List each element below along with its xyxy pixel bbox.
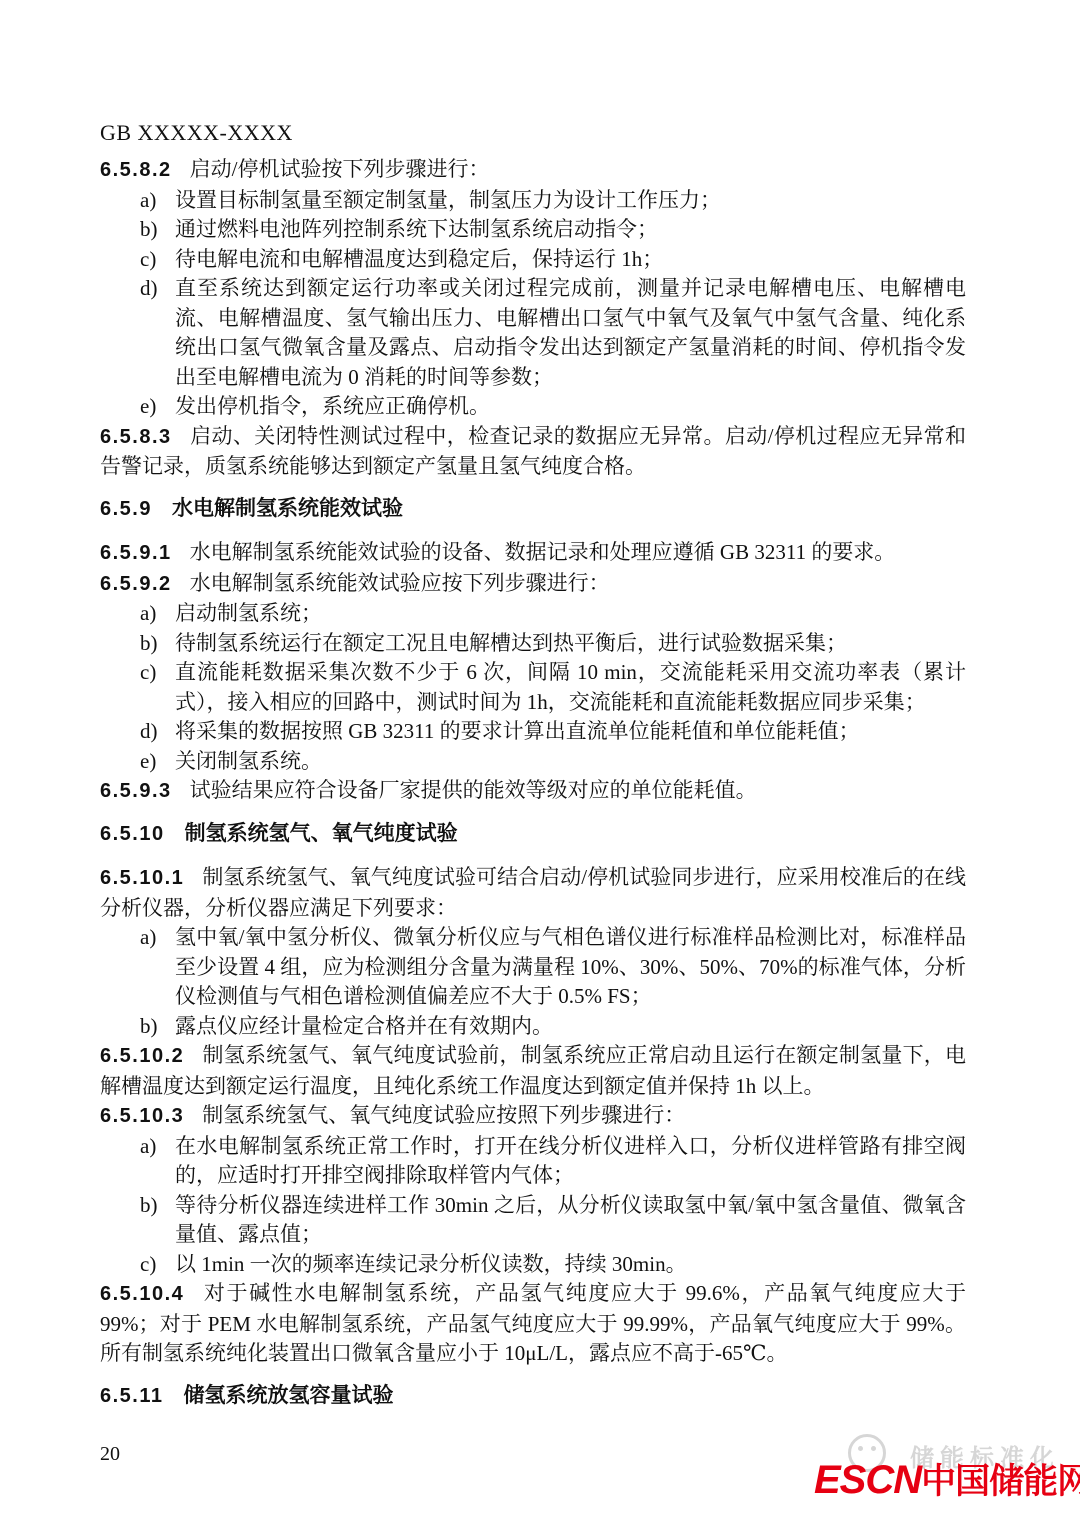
paragraph-text: 启动/停机试验按下列步骤进行： bbox=[190, 157, 490, 181]
paragraph-text: 直至系统达到额定运行功率或关闭过程完成前，测量并记录电解槽电压、电解槽电流、电解… bbox=[175, 276, 966, 389]
escn-logo: ESCN中国储能网 bbox=[814, 1454, 1080, 1504]
paragraph-text: 氢中氧/氧中氢分析仪、微氧分析仪应与气相色谱仪进行标准样品检测比对，标准样品至少… bbox=[175, 925, 966, 1008]
paragraph-text: 水电解制氢系统能效试验的设备、数据记录和处理应遵循 GB 32311 的要求。 bbox=[190, 540, 896, 564]
paragraph-text: 水电解制氢系统能效试验应按下列步骤进行： bbox=[190, 571, 610, 595]
paragraph-text: 对于碱性水电解制氢系统，产品氢气纯度应大于 99.6%，产品氧气纯度应大于 99… bbox=[100, 1281, 966, 1365]
clause-paragraph: 6.5.10.4对于碱性水电解制氢系统，产品氢气纯度应大于 99.6%，产品氧气… bbox=[100, 1279, 966, 1369]
paragraph-text: 将采集的数据按照 GB 32311 的要求计算出直流单位能耗值和单位能耗值； bbox=[175, 719, 860, 743]
document-page: GB XXXXX-XXXX 6.5.8.2启动/停机试验按下列步骤进行：a)设置… bbox=[0, 0, 1080, 1528]
section-heading: 6.5.11储氢系统放氢容量试验 bbox=[100, 1381, 966, 1412]
section-heading: 6.5.10制氢系统氢气、氧气纯度试验 bbox=[100, 819, 966, 850]
paragraph-text: 在水电解制氢系统正常工作时，打开在线分析仪进样入口，分析仪进样管路有排空阀的，应… bbox=[175, 1134, 966, 1188]
clause-number: 6.5.9.1 bbox=[100, 542, 172, 564]
list-item-label: b) bbox=[140, 1012, 158, 1042]
paragraph-text: 启动、关闭特性测试过程中，检查记录的数据应无异常。启动/停机过程应无异常和告警记… bbox=[100, 424, 966, 479]
clause-paragraph: 6.5.10.1制氢系统氢气、氧气纯度试验可结合启动/停机试验同步进行，应采用校… bbox=[100, 863, 966, 923]
clause-number: 6.5.9.3 bbox=[100, 780, 172, 802]
list-item: a)氢中氧/氧中氢分析仪、微氧分析仪应与气相色谱仪进行标准样品检测比对，标准样品… bbox=[100, 923, 966, 1012]
list-item-label: d) bbox=[140, 274, 158, 304]
list-item: c)直流能耗数据采集次数不少于 6 次，间隔 10 min，交流能耗采用交流功率… bbox=[100, 658, 966, 717]
list-item: e)关闭制氢系统。 bbox=[100, 747, 966, 777]
list-item-label: c) bbox=[140, 658, 156, 688]
clause-paragraph: 6.5.9.3试验结果应符合设备厂家提供的能效等级对应的单位能耗值。 bbox=[100, 776, 966, 807]
list-item: d)将采集的数据按照 GB 32311 的要求计算出直流单位能耗值和单位能耗值； bbox=[100, 717, 966, 747]
page-content: GB XXXXX-XXXX 6.5.8.2启动/停机试验按下列步骤进行：a)设置… bbox=[100, 118, 966, 1466]
list-item-label: a) bbox=[140, 923, 156, 953]
paragraph-text: 发出停机指令，系统应正确停机。 bbox=[175, 394, 490, 418]
list-item: b)通过燃料电池阵列控制系统下达制氢系统启动指令； bbox=[100, 215, 966, 245]
paragraph-text: 制氢系统氢气、氧气纯度试验 bbox=[185, 822, 458, 845]
clause-paragraph: 6.5.8.2启动/停机试验按下列步骤进行： bbox=[100, 155, 966, 186]
escn-logo-chinese: 中国储能网 bbox=[921, 1462, 1080, 1501]
list-item-label: e) bbox=[140, 392, 156, 422]
clause-number: 6.5.9.2 bbox=[100, 573, 172, 595]
standard-number-header: GB XXXXX-XXXX bbox=[100, 118, 966, 147]
clause-paragraph: 6.5.9.2水电解制氢系统能效试验应按下列步骤进行： bbox=[100, 569, 966, 600]
paragraph-text: 关闭制氢系统。 bbox=[175, 749, 322, 773]
clause-number: 6.5.11 bbox=[100, 1385, 164, 1407]
clause-number: 6.5.10 bbox=[100, 823, 165, 845]
escn-brand-mark: 储能标准化 ESCN中国储能网 bbox=[814, 1442, 1074, 1512]
list-item: d)直至系统达到额定运行功率或关闭过程完成前，测量并记录电解槽电压、电解槽电流、… bbox=[100, 274, 966, 392]
list-item: b)等待分析仪器连续进样工作 30min 之后，从分析仪读取氢中氧/氧中氢含量值… bbox=[100, 1191, 966, 1250]
list-item-label: a) bbox=[140, 1132, 156, 1162]
paragraph-text: 制氢系统氢气、氧气纯度试验前，制氢系统应正常启动且运行在额定制氢量下，电解槽温度… bbox=[100, 1043, 966, 1098]
list-item: a)设置目标制氢量至额定制氢量，制氢压力为设计工作压力； bbox=[100, 186, 966, 216]
clause-number: 6.5.10.2 bbox=[100, 1045, 184, 1067]
list-item-label: a) bbox=[140, 186, 156, 216]
list-item: a)启动制氢系统； bbox=[100, 599, 966, 629]
clause-paragraph: 6.5.10.2制氢系统氢气、氧气纯度试验前，制氢系统应正常启动且运行在额定制氢… bbox=[100, 1041, 966, 1101]
list-item-label: b) bbox=[140, 215, 158, 245]
clause-paragraph: 6.5.10.3制氢系统氢气、氧气纯度试验应按照下列步骤进行： bbox=[100, 1101, 966, 1132]
escn-logo-latin: ESCN bbox=[814, 1458, 921, 1502]
clause-number: 6.5.10.3 bbox=[100, 1105, 184, 1127]
clause-number: 6.5.10.4 bbox=[100, 1283, 184, 1305]
list-item-label: a) bbox=[140, 599, 156, 629]
list-item: c)以 1min 一次的频率连续记录分析仪读数，持续 30min。 bbox=[100, 1250, 966, 1280]
list-item-label: c) bbox=[140, 245, 156, 275]
clause-number: 6.5.9 bbox=[100, 498, 152, 520]
paragraph-text: 待电解电流和电解槽温度达到稳定后，保持运行 1h； bbox=[175, 247, 663, 271]
list-item-label: e) bbox=[140, 747, 156, 777]
paragraph-text: 制氢系统氢气、氧气纯度试验可结合启动/停机试验同步进行，应采用校准后的在线分析仪… bbox=[100, 865, 966, 920]
paragraph-text: 试验结果应符合设备厂家提供的能效等级对应的单位能耗值。 bbox=[190, 778, 757, 802]
clause-number: 6.5.8.3 bbox=[100, 426, 172, 448]
list-item-label: c) bbox=[140, 1250, 156, 1280]
section-heading: 6.5.9水电解制氢系统能效试验 bbox=[100, 494, 966, 525]
list-item-label: b) bbox=[140, 1191, 158, 1221]
list-item: c)待电解电流和电解槽温度达到稳定后，保持运行 1h； bbox=[100, 245, 966, 275]
paragraph-text: 通过燃料电池阵列控制系统下达制氢系统启动指令； bbox=[175, 217, 658, 241]
list-item: e)发出停机指令，系统应正确停机。 bbox=[100, 392, 966, 422]
clause-number: 6.5.8.2 bbox=[100, 159, 172, 181]
paragraph-text: 储氢系统放氢容量试验 bbox=[184, 1384, 394, 1407]
paragraph-text: 启动制氢系统； bbox=[175, 601, 322, 625]
list-item-label: d) bbox=[140, 717, 158, 747]
clause-paragraph: 6.5.9.1水电解制氢系统能效试验的设备、数据记录和处理应遵循 GB 3231… bbox=[100, 538, 966, 569]
list-item: b)露点仪应经计量检定合格并在有效期内。 bbox=[100, 1012, 966, 1042]
document-body: 6.5.8.2启动/停机试验按下列步骤进行：a)设置目标制氢量至额定制氢量，制氢… bbox=[100, 155, 966, 1411]
paragraph-text: 水电解制氢系统能效试验 bbox=[172, 497, 403, 520]
clause-paragraph: 6.5.8.3启动、关闭特性测试过程中，检查记录的数据应无异常。启动/停机过程应… bbox=[100, 422, 966, 482]
paragraph-text: 以 1min 一次的频率连续记录分析仪读数，持续 30min。 bbox=[175, 1252, 687, 1276]
paragraph-text: 设置目标制氢量至额定制氢量，制氢压力为设计工作压力； bbox=[175, 188, 721, 212]
paragraph-text: 制氢系统氢气、氧气纯度试验应按照下列步骤进行： bbox=[202, 1103, 685, 1127]
paragraph-text: 等待分析仪器连续进样工作 30min 之后，从分析仪读取氢中氧/氧中氢含量值、微… bbox=[175, 1193, 966, 1247]
paragraph-text: 待制氢系统运行在额定工况且电解槽达到热平衡后，进行试验数据采集； bbox=[175, 631, 847, 655]
list-item: b)待制氢系统运行在额定工况且电解槽达到热平衡后，进行试验数据采集； bbox=[100, 629, 966, 659]
clause-number: 6.5.10.1 bbox=[100, 867, 184, 889]
list-item: a)在水电解制氢系统正常工作时，打开在线分析仪进样入口，分析仪进样管路有排空阀的… bbox=[100, 1132, 966, 1191]
paragraph-text: 露点仪应经计量检定合格并在有效期内。 bbox=[175, 1014, 553, 1038]
list-item-label: b) bbox=[140, 629, 158, 659]
paragraph-text: 直流能耗数据采集次数不少于 6 次，间隔 10 min，交流能耗采用交流功率表（… bbox=[175, 660, 966, 714]
